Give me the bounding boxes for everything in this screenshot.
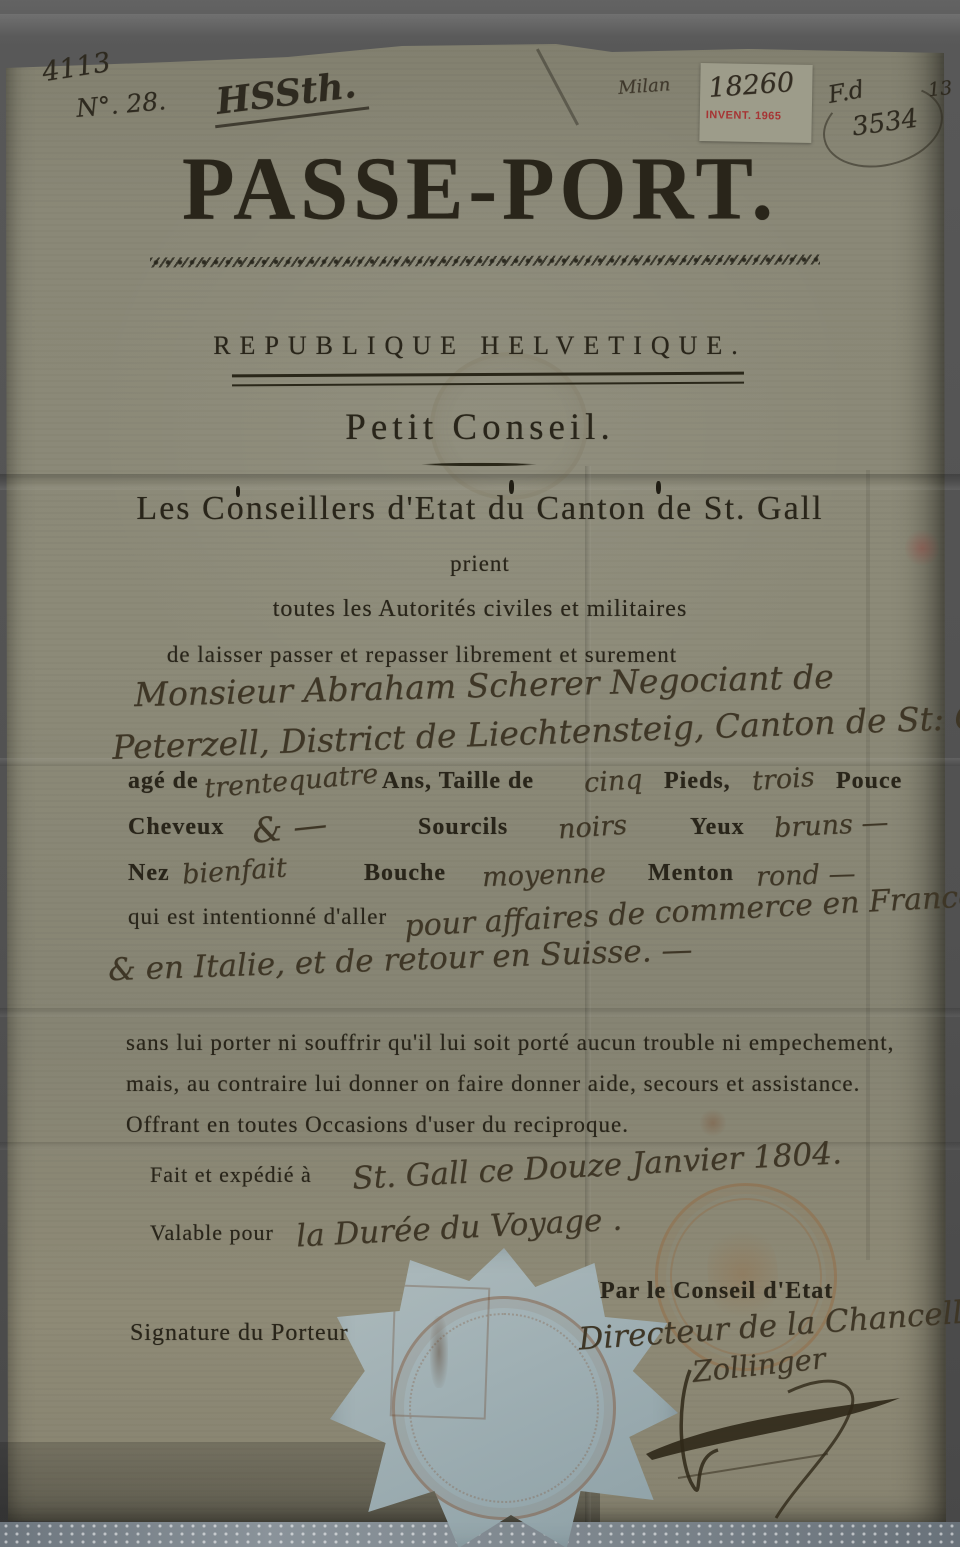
inventory-stamp: INVENT. 1965 <box>706 109 782 122</box>
clause-line-3: Offrant en toutes Occasions d'user du re… <box>126 1112 629 1138</box>
issue-row: Fait et expédié à St. Gall ce Douze Janv… <box>0 1154 960 1214</box>
menton-label: Menton <box>648 860 734 887</box>
clause-line-1: sans lui porter ni souffrir qu'il lui so… <box>126 1030 894 1056</box>
cheveux-value: & — <box>250 804 329 852</box>
nez-label: Nez <box>128 860 170 887</box>
yeux-label: Yeux <box>690 814 745 841</box>
annotation-edge-mark: 13 <box>927 77 953 101</box>
valable-label: Valable pour <box>150 1220 274 1246</box>
description-row-age: agé de trentequatre Ans, Taille de cinq … <box>0 768 960 810</box>
prient-line: prient <box>0 551 960 577</box>
by-council-line: Par le Conseil d'Etat <box>600 1278 833 1305</box>
backdrop-sheen <box>0 14 960 36</box>
cheveux-label: Cheveux <box>128 814 224 841</box>
bearer-signature-label: Signature du Porteur <box>130 1320 349 1347</box>
fait-label: Fait et expédié à <box>150 1162 312 1188</box>
bouche-label: Bouche <box>364 860 446 887</box>
council-heading: Petit Conseil. <box>0 406 960 449</box>
yeux-value: bruns — <box>773 807 889 844</box>
authorities-line: toutes les Autorités civiles et militair… <box>0 596 960 623</box>
intent-label: qui est intentionné d'aller <box>128 904 387 930</box>
age-label: agé de <box>128 768 199 795</box>
nez-value: bienfait <box>181 852 288 890</box>
bouche-value: moyenne <box>481 858 606 893</box>
council-underline <box>398 462 560 467</box>
brown-stain <box>700 1108 726 1138</box>
passport-scan-page: 4113 N°. 28. HSSth. Milan 18260 INVENT. … <box>0 0 960 1547</box>
pieds-label: Pieds, <box>664 768 731 795</box>
republic-heading: REPUBLIQUE HELVETIQUE. <box>0 331 960 361</box>
pieds-value: trois <box>751 762 816 797</box>
description-row-cheveux: Cheveux & — Sourcils noirs Yeux bruns — <box>0 814 960 856</box>
clause-line-2: mais, au contraire lui donner on faire d… <box>126 1071 860 1097</box>
taille-label: Ans, Taille de <box>382 768 534 795</box>
issuer-line: Les Conseillers d'Etat du Canton de St. … <box>0 490 960 528</box>
embossed-seal-figure <box>430 1316 448 1388</box>
inventory-number: 18260 <box>707 67 795 104</box>
annotation-milan: Milan <box>617 74 671 99</box>
sourcils-value: noirs <box>557 810 628 846</box>
signature-flourish <box>638 1358 918 1528</box>
inventory-label: 18260 INVENT. 1965 <box>699 63 812 143</box>
sourcils-label: Sourcils <box>418 814 508 841</box>
pouce-label: Pouce <box>836 768 902 795</box>
taille-value: cinq <box>583 764 643 799</box>
document-title: PASSE-PORT. <box>0 136 960 241</box>
